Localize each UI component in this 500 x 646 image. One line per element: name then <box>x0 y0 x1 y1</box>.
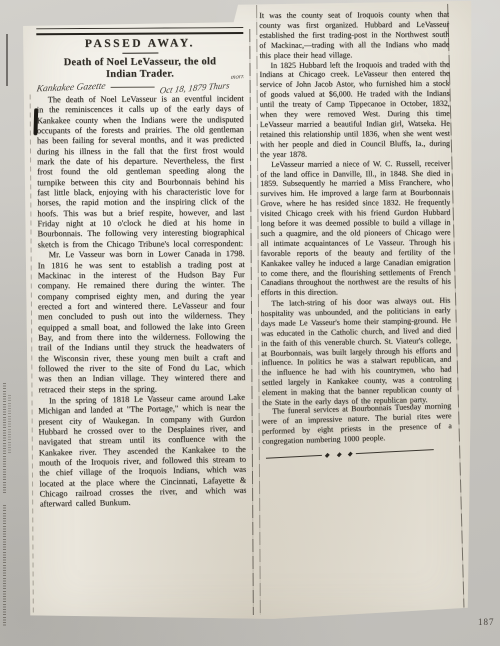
handwritten-source: Kankakee Gazette <box>36 82 106 95</box>
article-paragraph: LeVasseur married a niece of W. C. Russe… <box>260 158 451 298</box>
article-paragraph: The funeral services at Bourbonnais Tues… <box>261 401 452 446</box>
end-divider-line <box>356 449 434 454</box>
handwritten-annotation: Kankakee Gazette Oct 18, 1879 Thursmorn <box>37 82 244 93</box>
article-paragraph: Mr. Le Vasseur was born in Lower Canada … <box>38 249 246 395</box>
handwritten-date-note: morn <box>230 73 245 81</box>
headline-title-line1: Death of Noel LeVasseur, the old <box>36 56 243 69</box>
column-rule-left-edge <box>30 94 34 618</box>
headline-underline <box>122 53 158 54</box>
article-paragraph: In 1825 Hubbard left the Iroquois and tr… <box>259 59 450 159</box>
diamond-ornament <box>348 452 353 457</box>
scan-edge-artifact <box>6 34 8 86</box>
headline-kicker: PASSED AWAY. <box>36 37 243 51</box>
handwritten-date: Oct 18, 1879 Thursmorn <box>159 79 244 96</box>
end-divider-line <box>266 455 322 459</box>
sideways-print-artifact <box>8 395 11 453</box>
newspaper-clipping: PASSED AWAY. Death of Noel LeVasseur, th… <box>21 0 477 625</box>
article-paragraph: In the spring of 1818 Le Vasseur came ar… <box>38 393 247 511</box>
column-rule-middle <box>249 29 254 615</box>
right-column: It was the county seat of Iroquois count… <box>259 10 453 619</box>
end-divider <box>266 448 434 460</box>
headline-top-rule <box>36 27 247 35</box>
article-paragraph: It was the county seat of Iroquois count… <box>259 10 449 61</box>
sideways-print-artifact <box>3 383 6 495</box>
diamond-ornament <box>337 452 342 457</box>
article-paragraph: The death of Noel LeVasseur is an eventf… <box>37 94 245 250</box>
headline-title-line2: Indian Trader. <box>37 68 244 81</box>
diamond-ornament <box>325 453 330 458</box>
article-paragraph: The latch-string of his door was always … <box>260 296 452 408</box>
scrapbook-page: PASSED AWAY. Death of Noel LeVasseur, th… <box>0 0 500 646</box>
sideways-print-artifact <box>3 505 6 627</box>
left-column: PASSED AWAY. Death of Noel LeVasseur, th… <box>36 27 247 620</box>
page-number: 187 <box>478 617 495 627</box>
handwritten-dash <box>110 87 154 88</box>
